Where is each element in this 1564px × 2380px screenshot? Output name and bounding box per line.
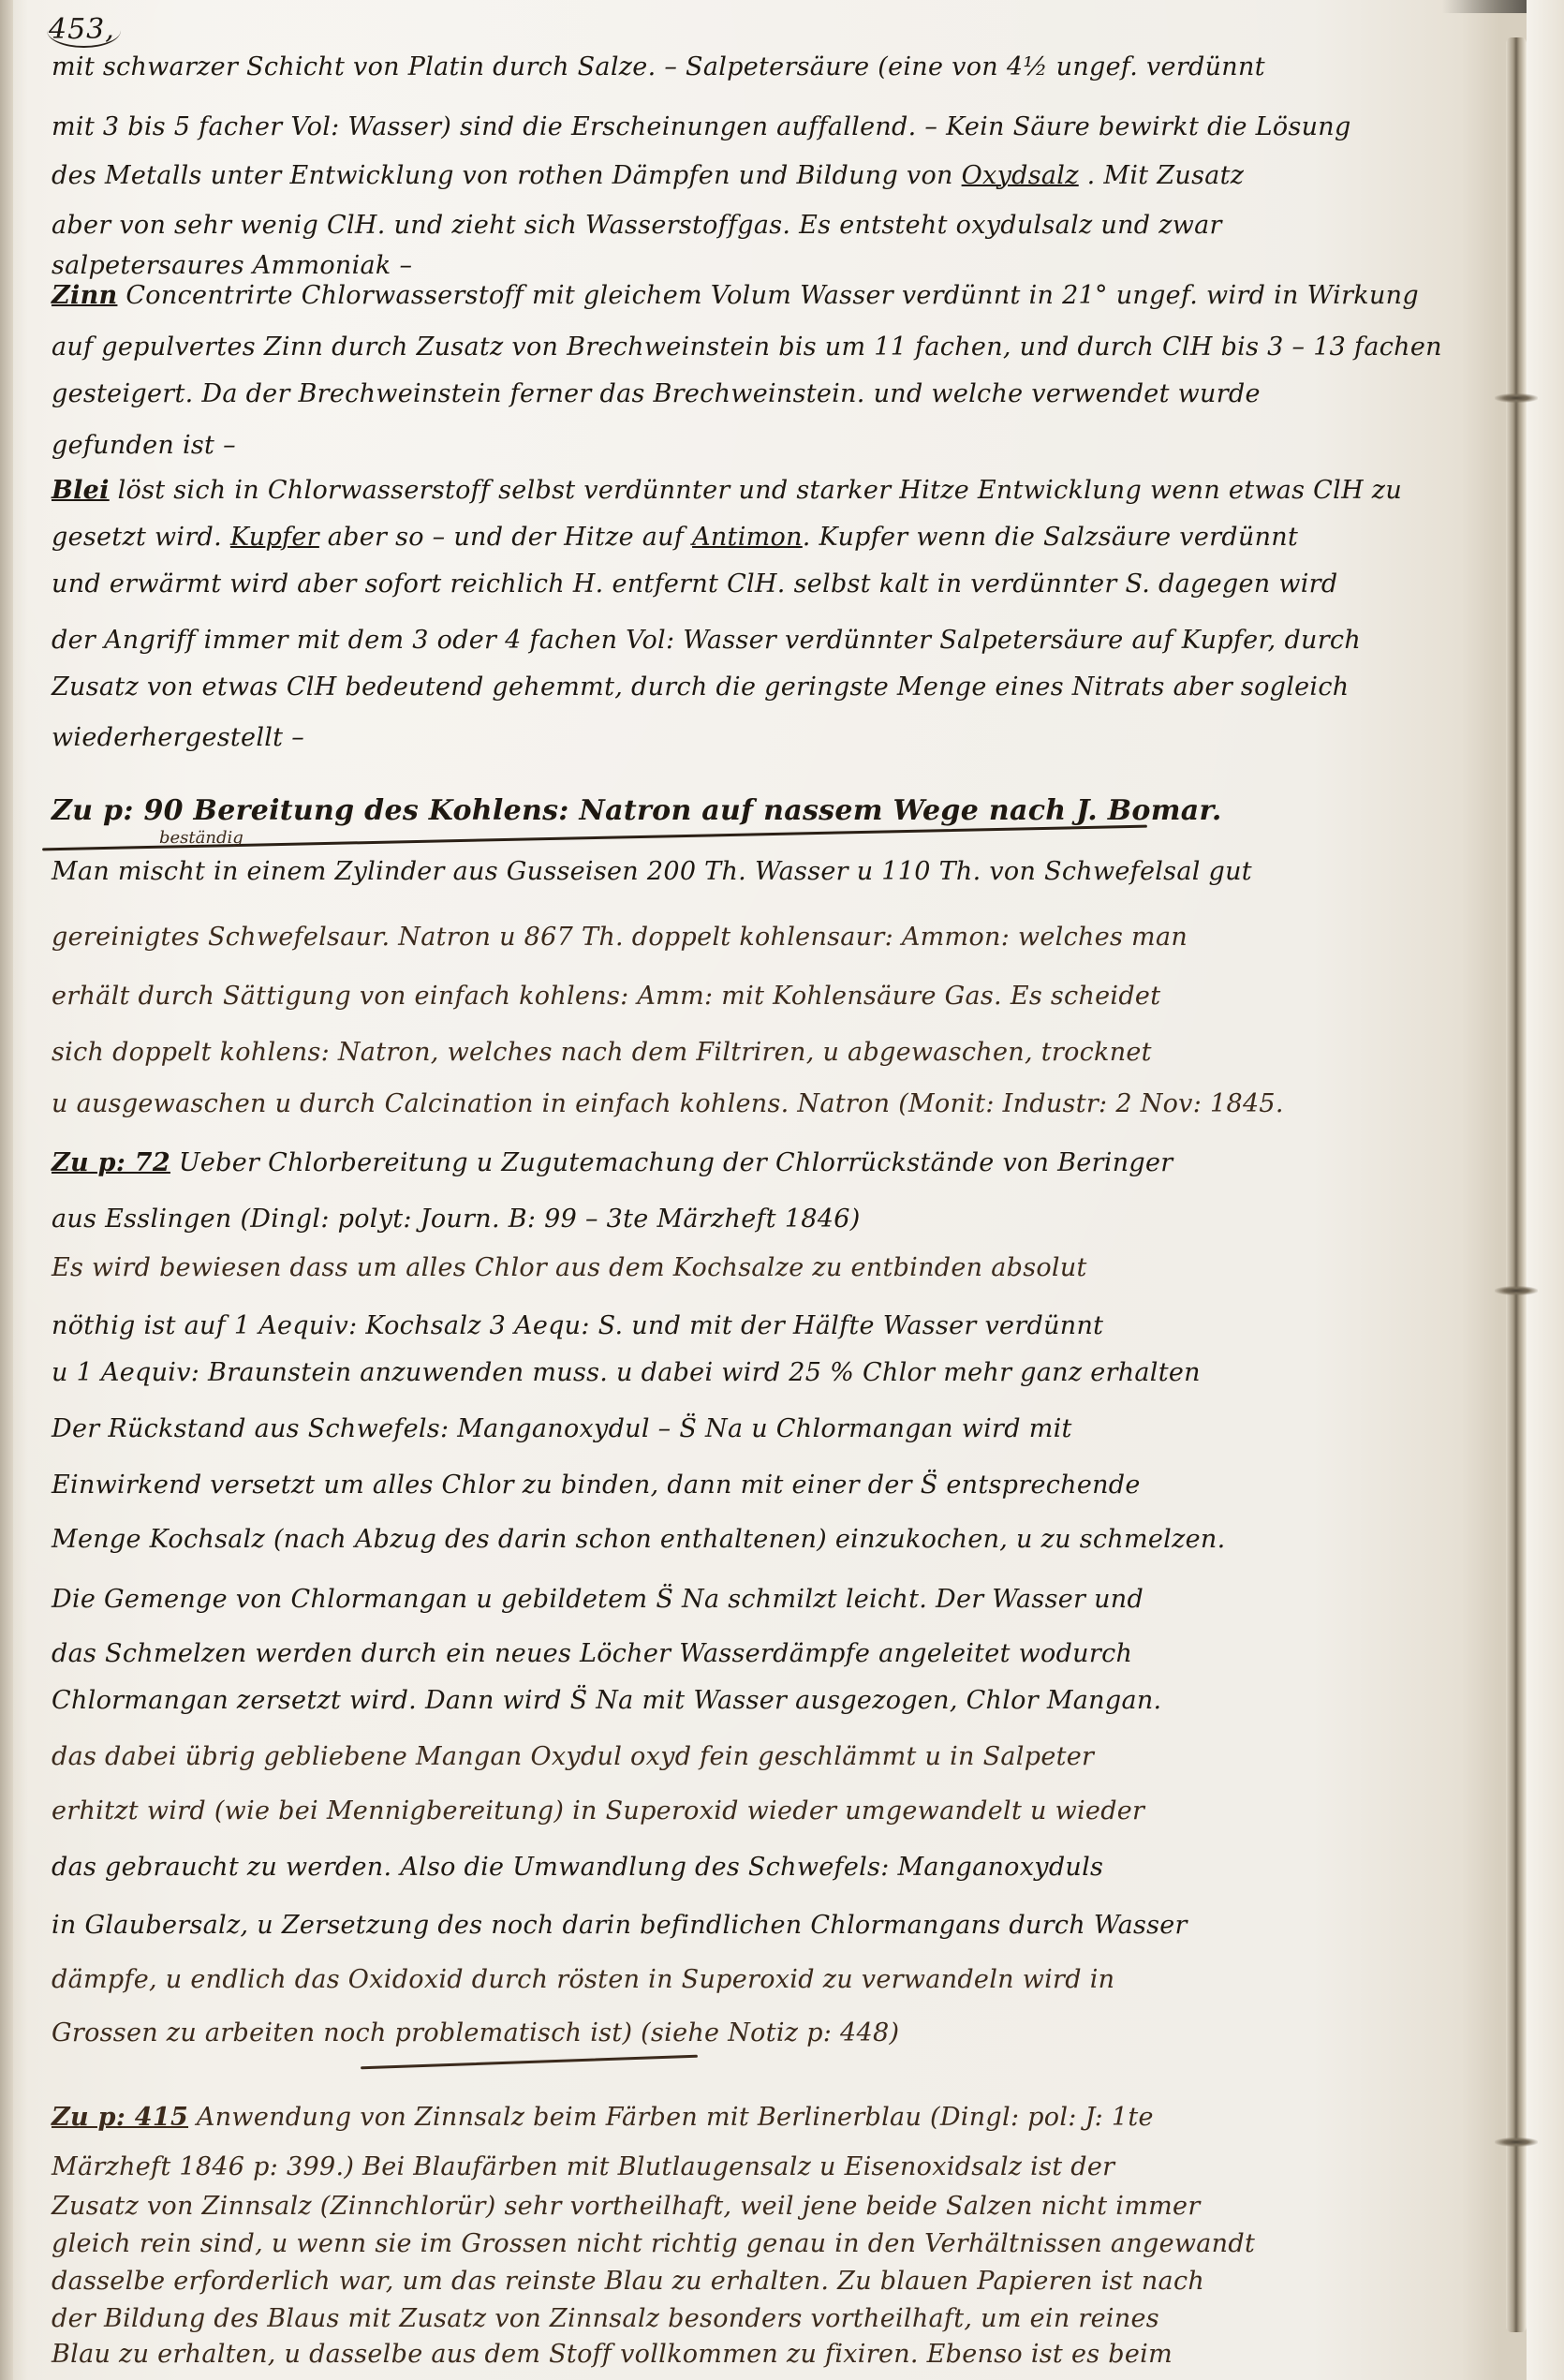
- heading-blei: Blei: [52, 476, 110, 505]
- manuscript-line: dasselbe erforderlich war, um das reinst…: [52, 2267, 1204, 2296]
- section-heading-line: Zu p: 72 Ueber Chlorbereitung u Zugutema…: [52, 1148, 1173, 1177]
- page-left-edge: [0, 0, 13, 2380]
- manuscript-line: das gebraucht zu werden. Also die Umwand…: [52, 1853, 1103, 1882]
- emphasis-kupfer: Kupfer: [230, 523, 319, 552]
- manuscript-line: Man mischt in einem Zylinder aus Gusseis…: [52, 857, 1252, 886]
- manuscript-line: dämpfe, u endlich das Oxidoxid durch rös…: [52, 1965, 1114, 1994]
- manuscript-line: Märzheft 1846 p: 399.) Bei Blaufärben mi…: [52, 2152, 1114, 2181]
- manuscript-line: erhält durch Sättigung von einfach kohle…: [52, 982, 1160, 1011]
- manuscript-line: gesteigert. Da der Brechweinstein ferner…: [52, 379, 1261, 408]
- manuscript-line: aber von sehr wenig ClH. und zieht sich …: [52, 211, 1222, 240]
- manuscript-line: Die Gemenge von Chlormangan u gebildetem…: [52, 1585, 1143, 1614]
- manuscript-line: das Schmelzen werden durch ein neues Löc…: [52, 1639, 1132, 1668]
- manuscript-line: Menge Kochsalz (nach Abzug des darin sch…: [52, 1525, 1225, 1554]
- manuscript-line: u ausgewaschen u durch Calcination in ei…: [52, 1089, 1284, 1118]
- manuscript-line: Es wird bewiesen dass um alles Chlor aus…: [52, 1253, 1087, 1282]
- manuscript-line: Zusatz von Zinnsalz (Zinnchlorür) sehr v…: [52, 2192, 1201, 2221]
- manuscript-line: sich doppelt kohlens: Natron, welches na…: [52, 1038, 1152, 1067]
- manuscript-line: nöthig ist auf 1 Aequiv: Kochsalz 3 Aequ…: [52, 1311, 1103, 1340]
- manuscript-line: mit 3 bis 5 facher Vol: Wasser) sind die…: [52, 112, 1351, 141]
- binding-stitch: [1495, 393, 1538, 403]
- section-heading-line: Zu p: 415 Anwendung von Zinnsalz beim Fä…: [52, 2103, 1154, 2132]
- manuscript-line: erhitzt wird (wie bei Mennigbereitung) i…: [52, 1796, 1144, 1826]
- manuscript-line: u 1 Aequiv: Braunstein anzuwenden muss. …: [52, 1358, 1201, 1387]
- manuscript-line: auf gepulvertes Zinn durch Zusatz von Br…: [52, 333, 1442, 362]
- manuscript-line: der Angriff immer mit dem 3 oder 4 fache…: [52, 626, 1361, 655]
- manuscript-line: und erwärmt wird aber sofort reichlich H…: [52, 569, 1337, 599]
- manuscript-line: das dabei übrig gebliebene Mangan Oxydul…: [52, 1742, 1094, 1771]
- emphasis-oxydsalz: Oxydsalz: [962, 161, 1079, 190]
- page-number: 453,: [47, 13, 121, 48]
- emphasis-underline: [361, 2055, 698, 2070]
- manuscript-line: Blei löst sich in Chlorwasserstoff selbs…: [52, 476, 1402, 505]
- manuscript-line: gereinigtes Schwefelsaur. Natron u 867 T…: [52, 923, 1188, 952]
- binding-stitch: [1495, 2137, 1538, 2147]
- manuscript-line: des Metalls unter Entwicklung von rothen…: [52, 161, 1244, 190]
- right-page-margin: [1527, 0, 1564, 2380]
- manuscript-line: Zusatz von etwas ClH bedeutend gehemmt, …: [52, 673, 1349, 702]
- manuscript-line: Zinn Concentrirte Chlorwasserstoff mit g…: [52, 281, 1419, 310]
- manuscript-line: Chlormangan zersetzt wird. Dann wird S̈ …: [52, 1686, 1161, 1715]
- manuscript-line: aus Esslingen (Dingl: polyt: Journ. B: 9…: [52, 1205, 861, 1234]
- manuscript-line: Einwirkend versetzt um alles Chlor zu bi…: [52, 1471, 1141, 1500]
- manuscript-line: wiederhergestellt –: [52, 723, 304, 752]
- emphasis-antimon: Antimon: [692, 523, 803, 552]
- manuscript-page: 453, mit schwarzer Schicht von Platin du…: [0, 0, 1564, 2380]
- manuscript-line: gesetzt wird. Kupfer aber so – und der H…: [52, 523, 1298, 552]
- manuscript-line: gefunden ist –: [52, 431, 236, 460]
- section-heading: Zu p: 415: [52, 2103, 188, 2132]
- manuscript-line: Der Rückstand aus Schwefels: Manganoxydu…: [52, 1414, 1072, 1443]
- manuscript-line: mit schwarzer Schicht von Platin durch S…: [52, 52, 1265, 81]
- manuscript-line: der Bildung des Blaus mit Zusatz von Zin…: [52, 2304, 1159, 2333]
- book-binding-gutter: [1506, 37, 1527, 2332]
- heading-zinn: Zinn: [52, 281, 117, 310]
- section-heading: Zu p: 72: [52, 1148, 170, 1177]
- section-heading: Zu p: 90 Bereitung des Kohlens: Natron a…: [52, 794, 1222, 827]
- manuscript-line: Grossen zu arbeiten noch problematisch i…: [52, 2018, 899, 2047]
- manuscript-line: salpetersaures Ammoniak –: [52, 251, 412, 280]
- manuscript-line: gleich rein sind, u wenn sie im Grossen …: [52, 2229, 1255, 2258]
- binding-stitch: [1495, 1286, 1538, 1295]
- manuscript-line: Blau zu erhalten, u dasselbe aus dem Sto…: [52, 2340, 1173, 2369]
- interlinear-insertion: beständig: [159, 828, 243, 848]
- manuscript-line: in Glaubersalz, u Zersetzung des noch da…: [52, 1911, 1188, 1940]
